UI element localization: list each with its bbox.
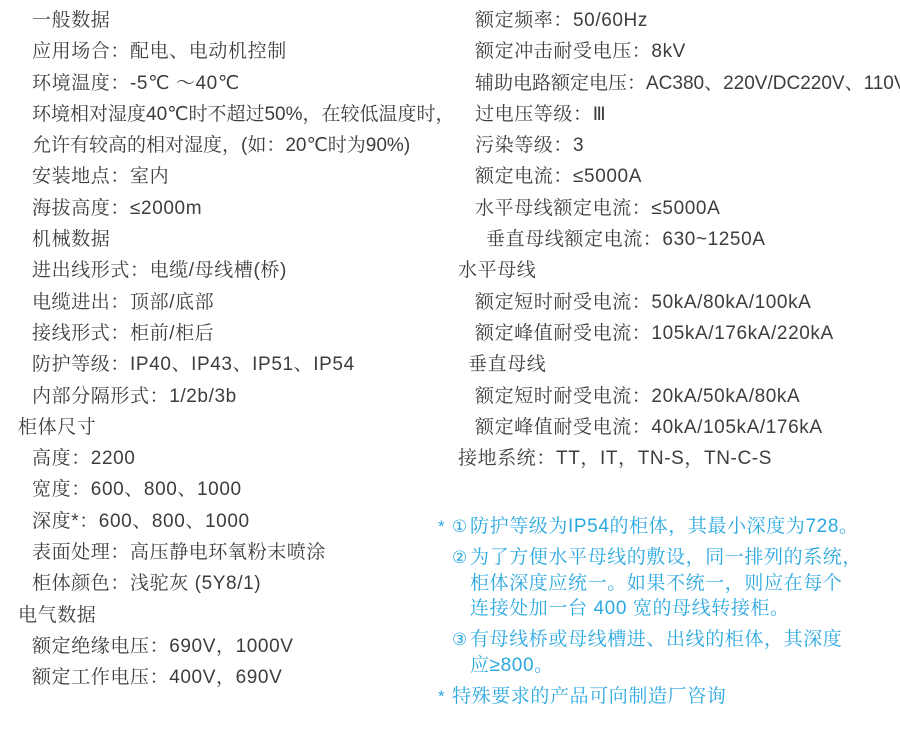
spec-line: 接线形式：柜前/柜后 [0,318,450,349]
section-cabinet-size: 柜体尺寸 [0,412,450,443]
footnote-text: 特殊要求的产品可向制造厂咨询 [452,684,726,710]
footnote-number: ① [452,514,470,540]
section-mechanical-data: 机械数据 [0,224,450,255]
spec-line: 应用场合：配电、电动机控制 [0,36,450,67]
footnote-line: 有母线桥或母线槽进、出线的柜体，其深度 [470,627,842,653]
footnote-line: 连接处加一台 400 宽的母线转接柜。 [470,596,862,622]
section-electrical-data: 电气数据 [0,600,450,631]
spec-line: 安装地点：室内 [0,161,450,192]
footnote-line: 应≥800。 [470,653,842,679]
footnote-item: ② 为了方便水平母线的敷设，同一排列的系统， 柜体深度应统一。如果不统一，则应在… [438,545,900,622]
spec-line: 环境温度：-5℃ ～40℃ [0,68,450,99]
footnote-item: * 特殊要求的产品可向制造厂咨询 [438,684,900,710]
spec-line: 进出线形式：电缆/母线槽(桥) [0,255,450,286]
spec-line: 额定电流：≤5000A [443,161,900,192]
left-column: 一般数据 应用场合：配电、电动机控制 环境温度：-5℃ ～40℃ 环境相对湿度4… [0,5,450,694]
right-column: 额定频率：50/60Hz 额定冲击耐受电压：8kV 辅助电路额定电压：AC380… [443,5,900,474]
spec-line: 额定峰值耐受电流：105kA/176kA/220kA [443,318,900,349]
spec-line: 水平母线额定电流：≤5000A [443,193,900,224]
spec-line: 额定短时耐受电流：20kA/50kA/80kA [443,381,900,412]
footnote-asterisk: * [438,514,452,540]
section-vertical-busbar: 垂直母线 [443,349,900,380]
spec-line: 额定绝缘电压：690V，1000V [0,631,450,662]
spec-line: 污染等级：3 [443,130,900,161]
footnote-number: ③ [452,627,470,653]
spec-line: 额定短时耐受电流：50kA/80kA/100kA [443,287,900,318]
footnote-item: * ① 防护等级为IP54的柜体，其最小深度为728。 [438,514,900,540]
spec-line: 防护等级：IP40、IP43、IP51、IP54 [0,349,450,380]
footnote-item: ③ 有母线桥或母线槽进、出线的柜体，其深度 应≥800。 [438,627,900,678]
spec-line: 电缆进出：顶部/底部 [0,287,450,318]
spec-line: 环境相对湿度40℃时不超过50%，在较低温度时， [0,99,450,130]
footnote-text: 有母线桥或母线槽进、出线的柜体，其深度 应≥800。 [470,627,842,678]
spec-line: 额定频率：50/60Hz [443,5,900,36]
spec-line: 海拔高度：≤2000m [0,193,450,224]
footnote-line: 为了方便水平母线的敷设，同一排列的系统， [470,545,862,571]
spec-line-grounding-system: 接地系统：TT，IT，TN-S，TN-C-S [443,443,900,474]
spec-document-page: 一般数据 应用场合：配电、电动机控制 环境温度：-5℃ ～40℃ 环境相对湿度4… [0,0,900,734]
section-horizontal-busbar: 水平母线 [443,255,900,286]
footnotes-block: * ① 防护等级为IP54的柜体，其最小深度为728。 ② 为了方便水平母线的敷… [438,514,900,715]
spec-line: 宽度：600、800、1000 [0,474,450,505]
spec-line: 额定冲击耐受电压：8kV [443,36,900,67]
footnote-line: 柜体深度应统一。如果不统一，则应在每个 [470,571,862,597]
section-general-data: 一般数据 [0,5,450,36]
spec-line: 额定峰值耐受电流：40kA/105kA/176kA [443,412,900,443]
spec-line: 深度*：600、800、1000 [0,506,450,537]
spec-line: 允许有较高的相对湿度，(如：20℃时为90%) [0,130,450,161]
footnote-line: 防护等级为IP54的柜体，其最小深度为728。 [470,514,859,540]
footnote-asterisk: * [438,684,452,710]
spec-line: 额定工作电压：400V，690V [0,662,450,693]
spec-line: 垂直母线额定电流：630~1250A [443,224,900,255]
footnote-text: 为了方便水平母线的敷设，同一排列的系统， 柜体深度应统一。如果不统一，则应在每个… [470,545,862,622]
spec-line: 辅助电路额定电压：AC380、220V/DC220V、110V [443,68,900,99]
spec-line: 高度：2200 [0,443,450,474]
footnote-line: 特殊要求的产品可向制造厂咨询 [452,684,726,710]
spec-line: 内部分隔形式：1/2b/3b [0,381,450,412]
spec-line: 柜体颜色：浅驼灰 (5Y8/1) [0,568,450,599]
spec-line: 过电压等级：Ⅲ [443,99,900,130]
spec-line: 表面处理：高压静电环氧粉末喷涂 [0,537,450,568]
footnote-number: ② [452,545,470,571]
footnote-text: 防护等级为IP54的柜体，其最小深度为728。 [470,514,859,540]
